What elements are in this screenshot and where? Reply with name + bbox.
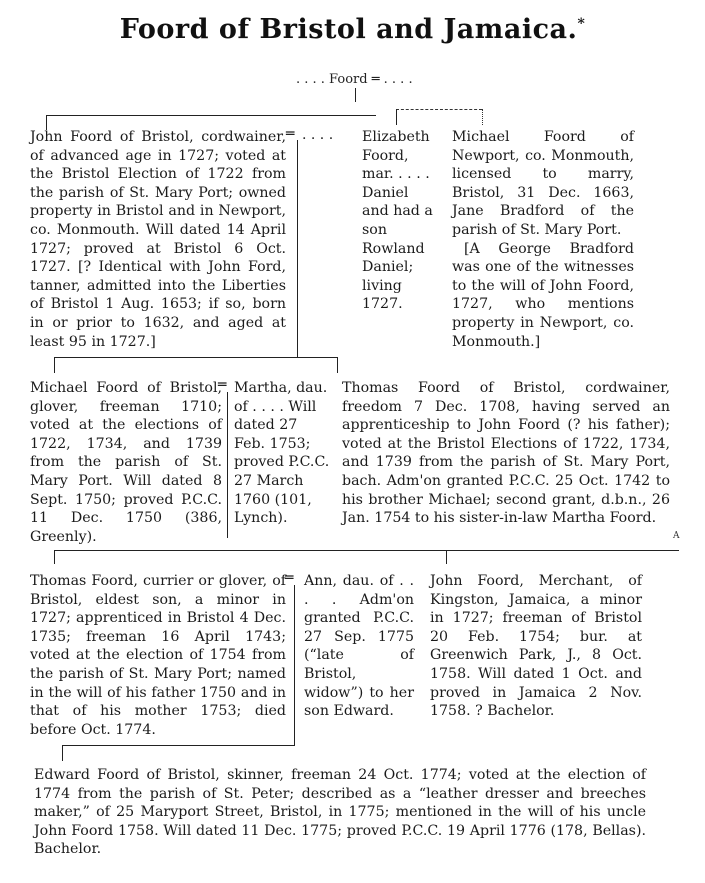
person-john-foord-merchant: John Foord, Merchant, of Kingston, Jamai…: [430, 572, 642, 721]
person-text: Michael Foord of Newport, co. Monmouth, …: [452, 128, 634, 240]
person-text: Edward Foord of Bristol, skinner, freema…: [34, 766, 646, 859]
gen3-sibling-bar: [54, 550, 679, 551]
marker-a: A: [673, 531, 680, 541]
person-martha: Martha, dau. of . . . . Will dated 27 Fe…: [234, 379, 330, 528]
marriage-symbol: ═: [285, 570, 293, 586]
person-john-foord-cordwainer: John Foord of Bristol, cordwainer, of ad…: [30, 128, 286, 351]
person-ann: Ann, dau. of . . . . Adm'on granted P.C.…: [304, 572, 414, 721]
title-footnote-mark: *: [577, 16, 585, 32]
person-note: [A George Bradford was one of the witnes…: [452, 240, 634, 352]
person-elizabeth-foord: Elizabeth Foord, mar. . . . . Daniel and…: [362, 128, 438, 314]
person-text: Ann, dau. of . . . . Adm'on granted P.C.…: [304, 572, 414, 721]
gen1-john-descent-line: [297, 140, 298, 358]
gen4-bar: [62, 745, 295, 746]
person-michael-foord-newport: Michael Foord of Newport, co. Monmouth, …: [452, 128, 634, 351]
person-text: Martha, dau. of . . . . Will dated 27 Fe…: [234, 379, 330, 528]
person-text: Elizabeth Foord, mar. . . . . Daniel and…: [362, 128, 438, 314]
person-thomas-foord-cordwainer: Thomas Foord of Bristol, cordwainer, fre…: [342, 379, 670, 528]
root-ancestor: . . . . Foord ═ . . . .: [296, 72, 413, 87]
gen2-michael-drop: [54, 357, 55, 373]
marriage-symbol: ═: [218, 377, 226, 393]
page-title: Foord of Bristol and Jamaica.*: [0, 14, 705, 45]
gen1-dashed-bar: [396, 109, 482, 110]
person-michael-foord-glover: Michael Foord of Bristol, glover, freema…: [30, 379, 222, 546]
gen4-edward-drop: [62, 745, 63, 761]
gen2-sibling-bar: [54, 357, 338, 358]
person-edward-foord: Edward Foord of Bristol, skinner, freema…: [34, 766, 646, 859]
gen1-sibling-bar: [46, 115, 376, 116]
gen1-michael-drop: [482, 109, 483, 125]
person-text: Michael Foord of Bristol, glover, freema…: [30, 379, 222, 546]
title-text: Foord of Bristol and Jamaica.: [120, 14, 578, 45]
spouse-unknown: . . . .: [302, 127, 333, 143]
gen1-elizabeth-drop: [396, 109, 397, 125]
person-text: John Foord, Merchant, of Kingston, Jamai…: [430, 572, 642, 721]
person-text: Thomas Foord, currier or glover, of Bris…: [30, 572, 286, 739]
gen3-john-drop: [446, 550, 447, 564]
gen3-thomas-drop: [54, 550, 55, 564]
gen2-michael-descent-line: [227, 392, 228, 538]
person-thomas-foord-glover: Thomas Foord, currier or glover, of Bris…: [30, 572, 286, 739]
root-descent-line: [355, 88, 356, 102]
marriage-symbol: ═: [286, 126, 294, 142]
person-text: John Foord of Bristol, cordwainer, of ad…: [30, 128, 286, 351]
gen2-thomas-drop: [337, 357, 338, 373]
person-text: Thomas Foord of Bristol, cordwainer, fre…: [342, 379, 670, 528]
gen3-thomas-descent-line: [294, 585, 295, 745]
